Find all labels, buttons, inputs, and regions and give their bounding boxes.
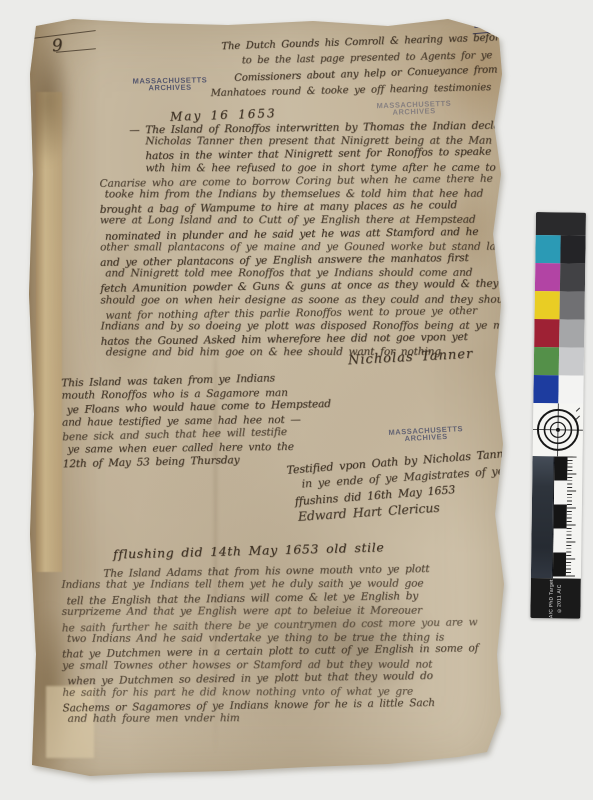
archival-photo: 9 331 MASSACHUSETTS ARCHIVES MASSACHUSET…	[0, 0, 593, 800]
swatch-gray-1	[560, 235, 585, 263]
massachusetts-archives-stamp-mid: MASSACHUSETTS ARCHIVES	[378, 425, 475, 443]
swatch-row	[533, 375, 583, 404]
pen-flourish-line	[32, 30, 96, 39]
swatch-gray-2	[560, 263, 585, 291]
swatch-gray-3	[560, 291, 585, 319]
swatch-white	[558, 375, 583, 403]
swatch-red	[534, 319, 559, 347]
deposition-paragraph: — The Island of Ronoffos interwritten by…	[99, 121, 531, 362]
swatch-magenta	[535, 263, 560, 291]
swatch-gray-5	[559, 347, 584, 375]
second-entry-heading: fflushing did 14th May 1653 old stile	[113, 539, 385, 561]
swatch-row	[534, 347, 584, 376]
target-swatch-grid	[533, 235, 585, 404]
manuscript-page-wrap: 9 331 MASSACHUSETTS ARCHIVES MASSACHUSET…	[28, 14, 512, 780]
swatch-green	[534, 347, 559, 375]
bullseye-icon	[533, 403, 584, 457]
manuscript-page: 9 331 MASSACHUSETTS ARCHIVES MASSACHUSET…	[28, 14, 512, 780]
swatch-row	[535, 291, 585, 320]
date-heading: May 16 1653	[170, 106, 277, 124]
massachusetts-archives-stamp-faint: MASSACHUSETTS ARCHIVES	[366, 100, 462, 117]
second-entry-paragraph: The Island Adams that from his owne mout…	[61, 563, 522, 728]
swatch-blue	[533, 375, 558, 403]
swatch-row	[535, 235, 585, 264]
target-black-bar	[536, 212, 586, 236]
bullseye-focus-target	[533, 403, 584, 457]
ruler-tick-scale	[566, 456, 583, 578]
header-annotation: The Dutch Gounds his Comroll & hearing w…	[209, 31, 501, 103]
target-ruler-section	[531, 456, 583, 579]
target-label-bar: AIC PhD Target ©2011 AIC	[530, 578, 581, 619]
corner-mark: 9	[51, 35, 64, 56]
swatch-gray-4	[559, 319, 584, 347]
ruler-dark-strip	[531, 456, 555, 578]
target-label-copyright: ©2011 AIC	[556, 584, 562, 613]
target-label-name: AIC PhD Target	[548, 579, 555, 618]
addendum-paragraph: This Island was taken from ye Indiansmou…	[61, 372, 343, 471]
swatch-row	[535, 263, 585, 292]
massachusetts-archives-stamp: MASSACHUSETTS ARCHIVES	[122, 77, 218, 92]
swatch-yellow	[535, 291, 560, 319]
handwritten-line: and hath foure men vnder him	[63, 712, 523, 727]
aic-phd-color-target: AIC PhD Target ©2011 AIC	[530, 212, 586, 619]
swatch-row	[534, 319, 584, 348]
swatch-cyan	[535, 235, 560, 263]
spine-tape-strip	[36, 92, 62, 572]
